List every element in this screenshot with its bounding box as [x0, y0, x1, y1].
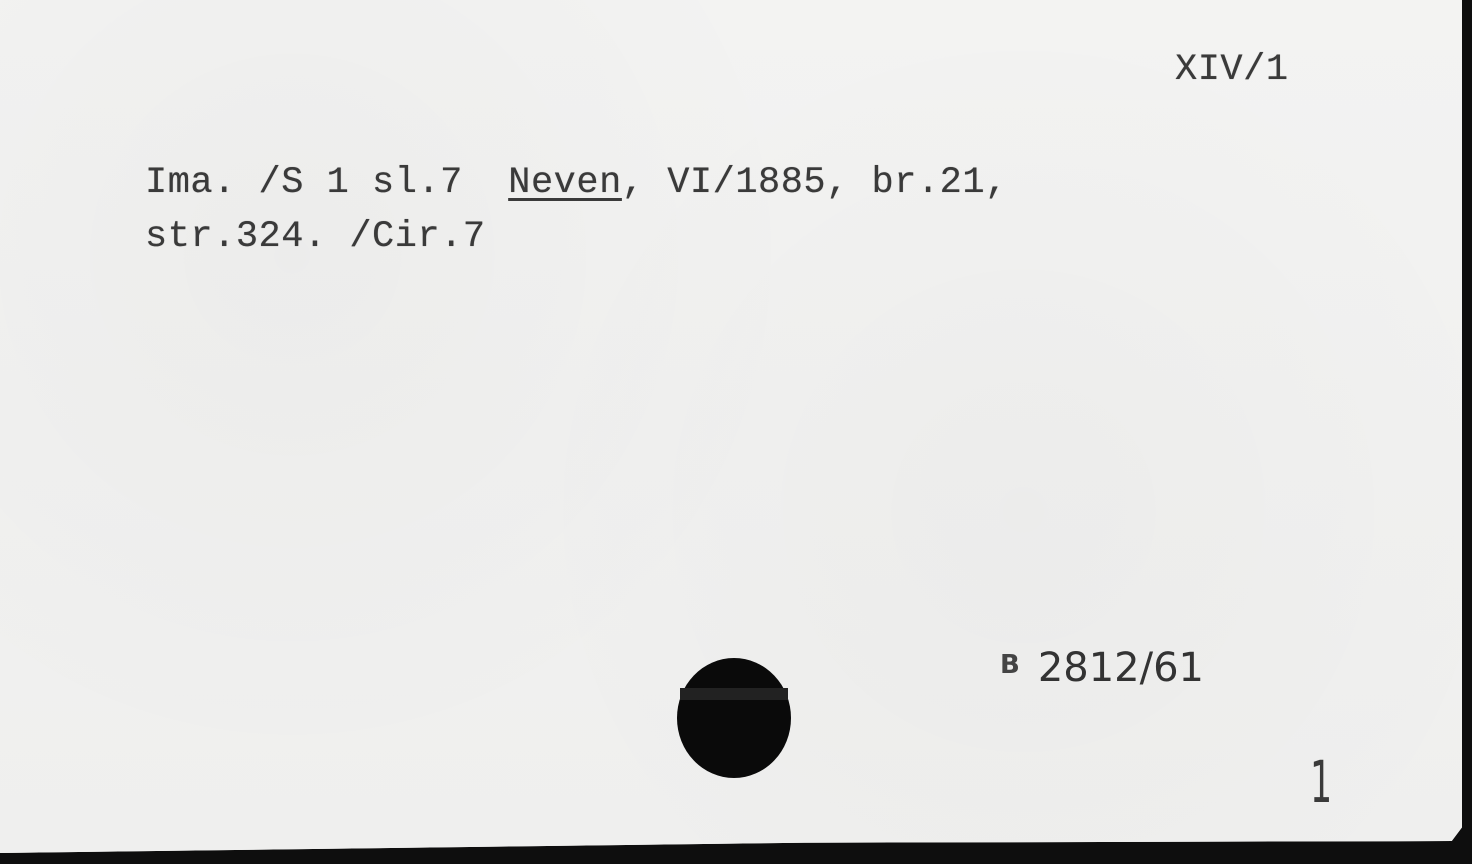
page-number: 1	[1310, 748, 1332, 816]
entry-line-1: Ima. /S 1 sl.7 Neven, VI/1885, br.21,	[145, 163, 1008, 203]
entry-prefix: Ima. /S 1 sl.7	[145, 162, 508, 204]
call-number: XIV/1	[1175, 50, 1289, 90]
stamp-letter: B	[1000, 650, 1020, 680]
punch-hole	[677, 658, 791, 778]
index-card: XIV/1 Ima. /S 1 sl.7 Neven, VI/1885, br.…	[0, 0, 1462, 853]
stamp-number: 2812/61	[1038, 645, 1204, 691]
source-title: Neven	[508, 162, 622, 204]
entry-suffix: , VI/1885, br.21,	[622, 162, 1008, 204]
entry-line-2: str.324. /Cir.7	[145, 217, 486, 257]
accession-stamp: B2812/61	[1000, 645, 1204, 691]
